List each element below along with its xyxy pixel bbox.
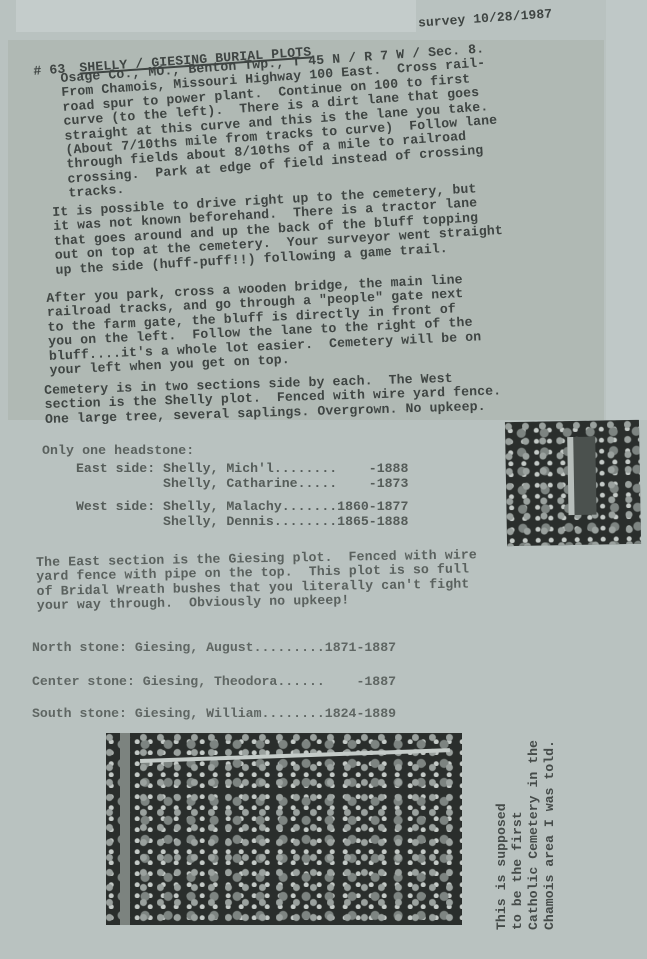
background-paper	[16, 0, 416, 32]
plot-photo	[106, 733, 462, 925]
background-edge	[606, 0, 647, 420]
headstone-shape	[567, 437, 596, 515]
text-line: to be the first	[510, 740, 526, 930]
burial-row: West side: Shelly, Malachy.......1860-18…	[76, 500, 408, 514]
text-line: This is supposed	[494, 740, 510, 930]
text-line: Catholic Cemetery in the	[526, 740, 542, 930]
giesing-paragraph: The East section is the Giesing plot. Fe…	[36, 548, 478, 613]
survey-date: survey 10/28/1987	[418, 7, 553, 31]
burial-row: Shelly, Dennis........1865-1888	[76, 515, 408, 529]
burial-row: Shelly, Catharine..... -1873	[76, 477, 408, 491]
headstone-heading: Only one headstone:	[42, 444, 194, 458]
stone-row: North stone: Giesing, August.........187…	[32, 640, 396, 655]
text-line: Chamois area I was told.	[542, 740, 558, 930]
side-note: This is supposedto be the firstCatholic …	[494, 740, 558, 930]
stone-row: Center stone: Giesing, Theodora...... -1…	[32, 674, 396, 689]
headstone-photo	[505, 420, 641, 546]
stone-row: South stone: Giesing, William........182…	[32, 706, 396, 721]
burial-row: East side: Shelly, Mich'l........ -1888	[76, 462, 408, 476]
fence-pipe	[140, 748, 450, 763]
fence-post	[120, 733, 130, 925]
